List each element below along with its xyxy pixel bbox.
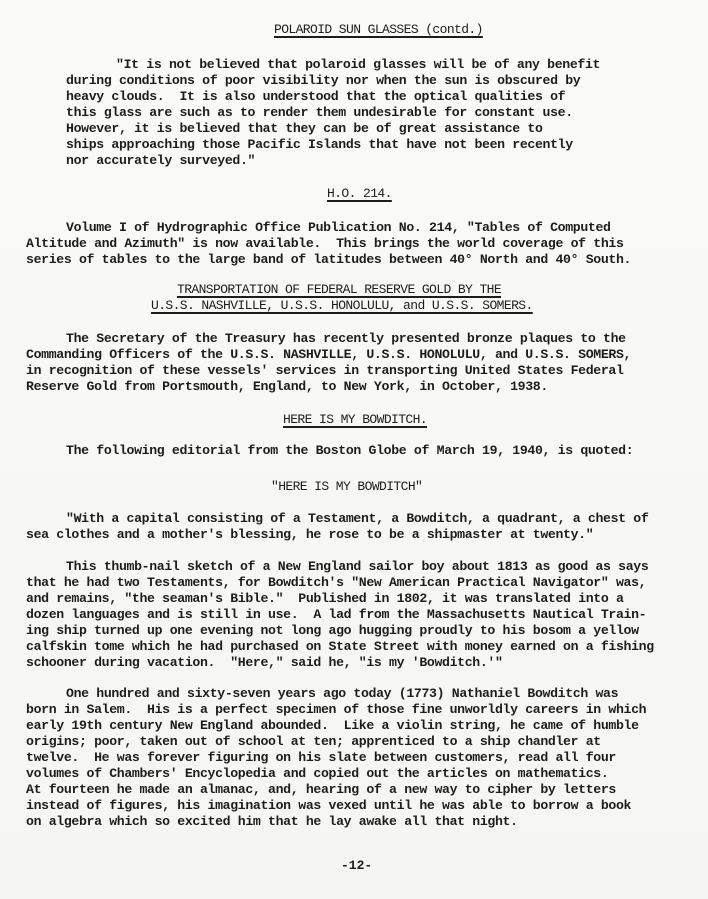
text-line: born in Salem. His is a perfect specimen… <box>26 702 646 718</box>
text-line: Reserve Gold from Portsmouth, England, t… <box>26 379 548 395</box>
text-line: on algebra which so excited him that he … <box>26 814 518 830</box>
text-line: ing ship turned up one evening not long … <box>26 623 639 639</box>
text-line: nor accurately surveyed." <box>66 153 255 169</box>
page-number: -12- <box>341 858 372 873</box>
text-line: twelve. He was forever figuring on his s… <box>26 750 616 766</box>
text-line: One hundred and sixty-seven years ago to… <box>66 686 618 702</box>
text-line: Altitude and Azimuth" is now available. … <box>26 236 624 252</box>
text-line: volumes of Chambers' Encyclopedia and co… <box>26 766 608 782</box>
section-heading-gold-line1: TRANSPORTATION OF FEDERAL RESERVE GOLD B… <box>177 282 501 298</box>
section-heading-gold-line2: U.S.S. NASHVILLE, U.S.S. HONOLULU, and U… <box>151 298 533 314</box>
text-line: Commanding Officers of the U.S.S. NASHVI… <box>26 347 631 363</box>
text-line: that he had two Testaments, for Bowditch… <box>26 575 646 591</box>
text-line: The Secretary of the Treasury has recent… <box>66 331 626 347</box>
section-heading-ho214: H.O. 214. <box>327 186 392 202</box>
text-line: This thumb-nail sketch of a New England … <box>66 559 648 575</box>
text-line: "It is not believed that polaroid glasse… <box>116 57 600 73</box>
text-line: sea clothes and a mother's blessing, he … <box>26 527 593 543</box>
document-page: POLAROID SUN GLASSES (contd.) "It is not… <box>0 0 708 899</box>
text-line: heavy clouds. It is also understood that… <box>66 89 565 105</box>
text-line: during conditions of poor visibility nor… <box>66 73 580 89</box>
text-line: origins; poor, taken out of school at te… <box>26 734 601 750</box>
text-line: instead of figures, his imagination was … <box>26 798 631 814</box>
text-line: in recognition of these vessels' service… <box>26 363 624 379</box>
quote-title: "HERE IS MY BOWDITCH" <box>271 479 422 495</box>
text-line: calfskin tome which he had purchased on … <box>26 639 654 655</box>
text-line: dozen languages and is still in use. A l… <box>26 607 646 623</box>
text-line: "With a capital consisting of a Testamen… <box>66 511 648 527</box>
section-heading-polaroid: POLAROID SUN GLASSES (contd.) <box>274 22 483 38</box>
section-heading-bowditch: HERE IS MY BOWDITCH. <box>283 412 427 428</box>
text-line: schooner during vacation. "Here," said h… <box>26 655 503 671</box>
text-line: ships approaching those Pacific Islands … <box>66 137 573 153</box>
text-line: The following editorial from the Boston … <box>66 443 633 459</box>
text-line: and remains, "the seaman's Bible." Publi… <box>26 591 624 607</box>
text-line: series of tables to the large band of la… <box>26 252 631 268</box>
text-line: early 19th century New England abounded.… <box>26 718 639 734</box>
text-line: Volume I of Hydrographic Office Publicat… <box>66 220 611 236</box>
text-line: this glass are such as to render them un… <box>66 105 573 121</box>
text-line: However, it is believed that they can be… <box>66 121 543 137</box>
text-line: At fourteen he made an almanac, and, hea… <box>26 782 616 798</box>
